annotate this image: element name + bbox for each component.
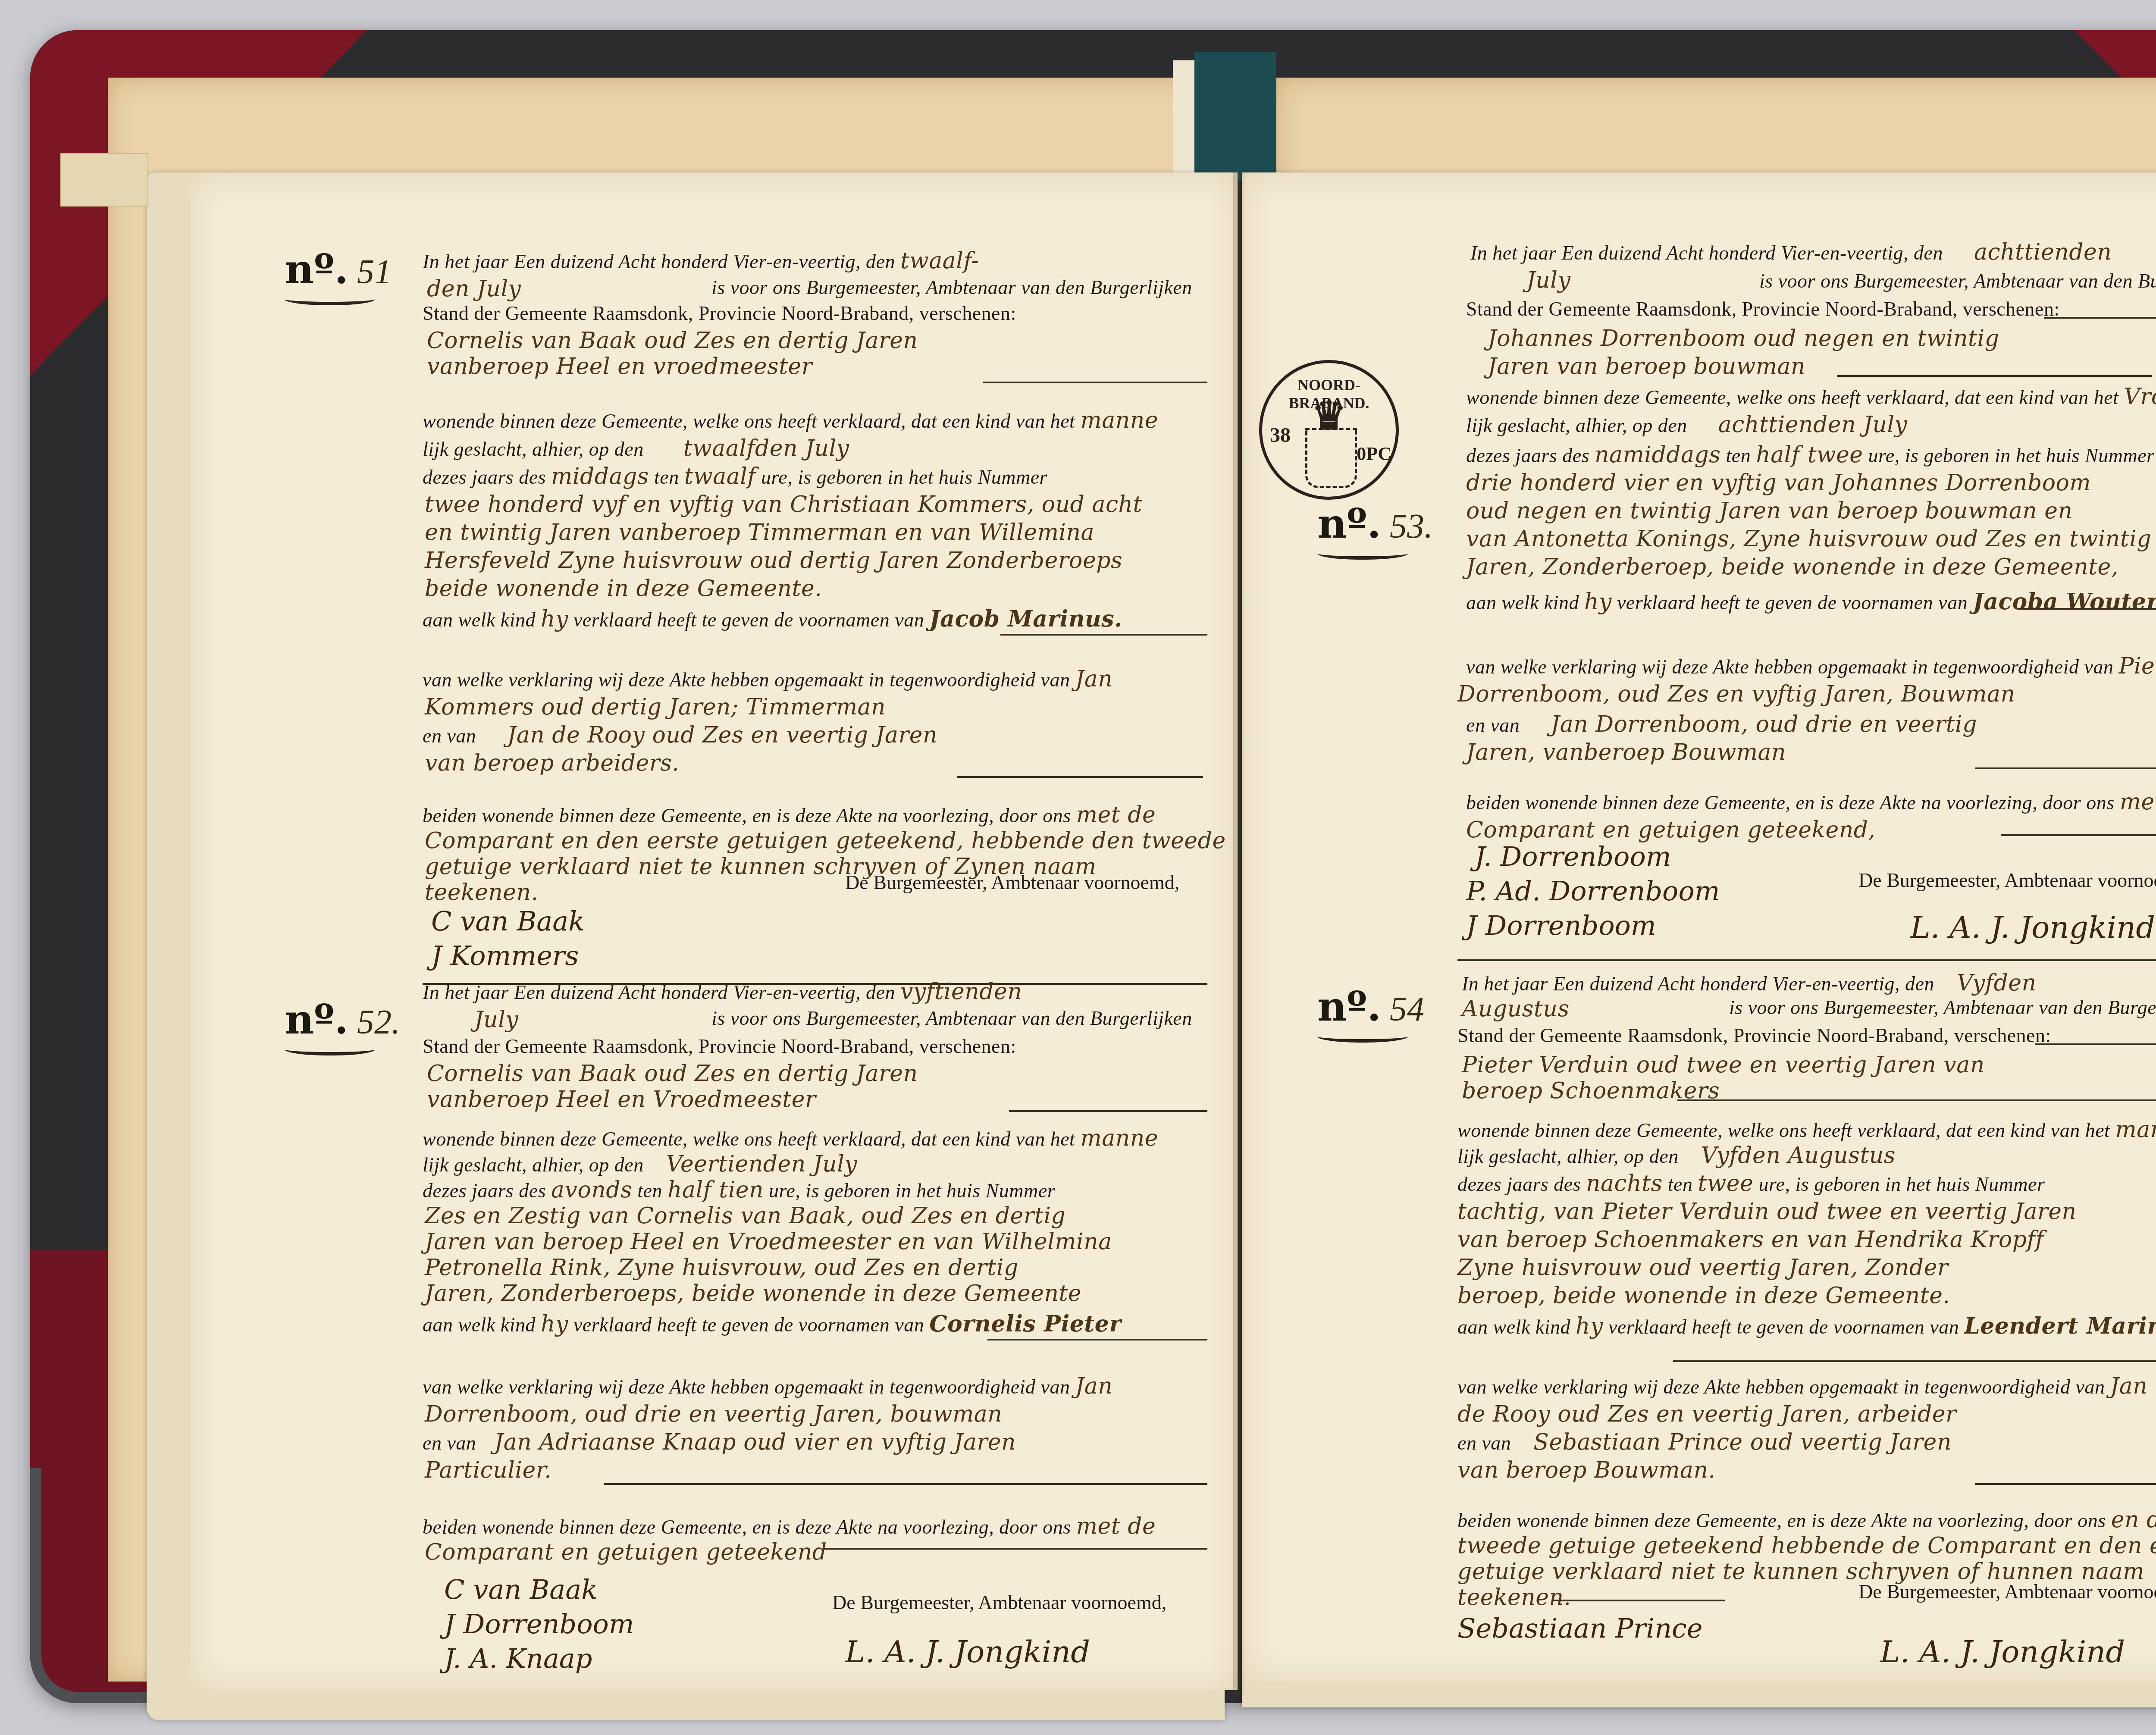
entry-number: nº.52. [285,996,400,1043]
printed-text: In het jaar Een duizend Acht honderd Vie… [1462,973,1934,995]
printed-text: aan welk kind [423,1314,536,1336]
printed-text: wonende binnen deze Gemeente, welke ons … [423,1128,1075,1150]
printed-text: en van [1457,1432,1511,1454]
printed-text: van welke verklaring wij deze Akte hebbe… [1457,1376,2105,1398]
printed-text: verklaard heeft te geven de voornamen [1617,592,1933,614]
printed-text: van welke verklaring wij deze Akte hebbe… [423,669,1070,691]
closing-hand: met de [1076,802,1156,828]
handwritten-gender: manne- [2115,1117,2156,1143]
printed-text: is voor ons Burgemeester, Ambtenaar van … [711,276,1192,298]
parents-line: Petronella Rink, Zyne huisvrouw, oud Zes… [425,1255,1018,1281]
printed-text: aan welk kind [423,609,536,631]
printed-text: Stand der Gemeente Raamsdonk, Provincie … [1466,298,2060,320]
closing-line: Comparant en getuigen geteekend [425,1539,827,1565]
printed-text: ten [637,1180,662,1202]
printed-text: Stand der Gemeente Raamsdonk, Provincie … [423,302,1016,324]
handwritten-gender: manne [1080,1125,1158,1151]
printed-text: is voor ons Burgemeester, Ambtenaar van … [711,1007,1192,1029]
parents-line: Jaren, Zonderberoep, beide wonende in de… [1466,554,2118,580]
handwritten-time: nachts [1586,1171,1663,1196]
printed-text: lijk geslacht, alhier, op den [1466,414,1687,436]
given-names: Jacob Marinus. [929,606,1122,632]
witness2-details: van beroep arbeiders. [425,750,679,776]
printed-text: dezes jaars des [423,466,546,488]
signature: C van Baak [431,905,585,937]
closing-line: tweede getuige geteekend hebbende de Com… [1457,1533,2156,1559]
witness2-name: Sebastiaan Prince oud veertig Jaren [1533,1429,1952,1455]
signature: J. A. Knaap [444,1643,592,1674]
flourish-ornament [1317,548,1408,560]
witness1-details: Dorrenboom, oud Zes en vyftig Jaren, Bou… [1457,681,2015,707]
handwritten-day: twaalf- [900,248,979,274]
declarant-line: Cornelis van Baak oud Zes en dertig Jare… [427,328,918,354]
printed-text: verklaard heeft te geven de voornamen [573,609,890,631]
closing-line: Comparant en den eerste getuigen geteeke… [425,828,1226,854]
stamp-right-text: 0PC [1357,443,1391,465]
declarant-line: Cornelis van Baak oud Zes en dertig Jare… [427,1061,918,1087]
printed-text: ure, is geboren in het huis Nummer [1758,1173,2045,1195]
mayor-signature: L. A. J. Jongkind [1910,910,2155,945]
printed-text: ure, is geboren in het huis Nummer [761,466,1047,488]
declarant-line: vanberoep Heel en vroedmeester [427,354,812,379]
given-names: Leendert Marinus [1964,1313,2156,1339]
mayor-label: De Burgemeester, Ambtenaar voornoemd, [1858,1580,2156,1603]
printed-text: verklaard heeft te geven de voornamen [573,1314,890,1336]
rule [2001,834,2156,836]
handwritten-day: Vyfden [1957,970,2037,996]
rule [2018,608,2156,610]
rule [1552,1600,1725,1601]
declarant-line: Pieter Verduin oud twee en veertig Jaren… [1462,1052,1985,1078]
printed-text: ten [1726,445,1751,467]
handwritten-birthdate: achttienden July [1718,412,1908,438]
spine-cloth [1194,52,1276,181]
printed-text: beiden wonende binnen deze Gemeente, en … [1457,1510,2106,1531]
printed-text: dezes jaars des [1466,445,1589,467]
handwritten-gender: manne [1080,407,1158,433]
witness2-name: Jan Adriaanse Knaap oud vier en vyftig J… [494,1429,1016,1455]
handwritten-hour: twee [1698,1171,1753,1196]
parents-line: tachtig, van Pieter Verduin oud twee en … [1457,1199,2077,1225]
rule [987,1339,1207,1340]
mayor-signature: L. A. J. Jongkind [845,1634,1090,1669]
signature: J Dorrenboom [1466,910,1656,941]
closing-line: teekenen. [1457,1585,1571,1610]
handwritten-pronoun: hy [541,1311,568,1337]
printed-text: van [895,1314,924,1336]
printed-text: lijk geslacht, alhier, op den [1457,1145,1679,1167]
printed-text: en van [1466,714,1520,736]
rule [824,1548,1207,1550]
handwritten-month: Augustus [1462,996,1570,1022]
handwritten-pronoun: hy [1584,589,1612,615]
witness1-name: Jan [2110,1373,2147,1399]
witness1-details: Kommers oud dertig Jaren; Timmerman [425,694,886,720]
printed-text: van welke verklaring wij deze Akte hebbe… [1466,656,2113,678]
rule [1837,375,2152,377]
signature: P. Ad. Dorrenboom [1466,875,1720,907]
printed-text: lijk geslacht, alhier, op den [423,438,644,460]
handwritten-time: namiddags [1595,442,1720,468]
signature: C van Baak [444,1574,598,1605]
closing-hand: met de [2120,789,2156,815]
handwritten-month: July [474,1007,518,1033]
rule [1673,1360,2156,1362]
witness2-name: Jan de Rooy oud Zes en veertig Jaren [507,722,937,748]
given-names: Cornelis Pieter [929,1311,1121,1337]
printed-text: aan welk kind [1457,1316,1570,1338]
handwritten-day: vyftienden [900,979,1022,1005]
printed-text: beiden wonende binnen deze Gemeente, en … [423,1516,1071,1538]
printed-text: ure, is geboren in het huis Nummer [769,1180,1055,1202]
rule [604,1483,1207,1485]
mayor-label: De Burgemeester, Ambtenaar voornoemd, [832,1591,1166,1614]
witness1-name: Jan [1075,666,1112,692]
lion-shield-icon [1305,428,1357,488]
mayor-signature: L. A. J. Jongkind [1880,1634,2125,1669]
printed-text: van welke verklaring wij deze Akte hebbe… [423,1376,1070,1398]
book-gutter [1233,172,1246,1694]
printed-text: beiden wonende binnen deze Gemeente, en … [1466,792,2115,814]
stamp-left-text: 38 [1270,423,1291,447]
entry-number: nº.51 [285,246,392,293]
parents-line: Zyne huisvrouw oud veertig Jaren, Zonder [1457,1255,1948,1281]
flourish-ornament [285,293,375,305]
handwritten-month: den July [427,276,521,302]
parents-line: drie honderd vier en vyftig van Johannes… [1466,470,2091,496]
parents-line: van beroep Schoenmakers en van Hendrika … [1457,1227,2044,1253]
section-divider [1457,959,2156,961]
witness1-details: de Rooy oud Zes en veertig Jaren, arbeid… [1457,1401,1956,1427]
tax-stamp: NOORD-BRABAND. ♛ 38 0PC [1259,360,1399,500]
entry-number: nº.54 [1317,983,1424,1030]
parents-line: Jaren van beroep Heel en Vroedmeester en… [425,1229,1112,1255]
printed-text: ure, is geboren in het huis Nummer [1868,445,2155,467]
printed-text: verklaard heeft te geven de voornamen [1608,1316,1924,1338]
rule [983,382,1207,383]
closing-line: Comparant en getuigen geteekend, [1466,817,1876,843]
printed-text: In het jaar Een duizend Acht honderd Vie… [423,981,895,1003]
printed-text: van [1930,1316,1959,1338]
printed-text: is voor ons Burgemeester, Ambtenaar van … [1729,996,2156,1018]
parents-line: Zes en Zestig van Cornelis van Baak, oud… [425,1203,1065,1229]
witness2-details: Particulier. [425,1457,552,1483]
closing-hand: met de [1076,1513,1156,1539]
rule [2035,1043,2156,1045]
signature: Sebastiaan Prince [1457,1613,1702,1644]
printed-text: ten [1668,1173,1693,1195]
mayor-label: De Burgemeester, Ambtenaar voornoemd, [1858,869,2156,892]
witness2-details: van beroep Bouwman. [1457,1457,1716,1483]
printed-text: dezes jaars des [423,1180,546,1202]
handwritten-hour: half twee [1756,442,1863,468]
rule [1000,634,1207,636]
rule [957,776,1203,778]
printed-text: en van [423,725,476,747]
parents-line: beroep, beide wonende in deze Gemeente. [1457,1283,1950,1309]
printed-text: dezes jaars des [1457,1173,1581,1195]
printed-text: lijk geslacht, alhier, op den [423,1154,644,1176]
closing-hand: en den [2111,1507,2156,1533]
witness1-details: Dorrenboom, oud drie en veertig Jaren, b… [425,1401,1002,1427]
printed-text: wonende binnen deze Gemeente, welke ons … [1466,386,2118,408]
printed-text: is voor ons Burgemeester, Ambtenaar van … [1759,270,2156,292]
flourish-ornament [1317,1030,1408,1043]
parents-line: oud negen en twintig Jaren van beroep bo… [1466,498,2073,524]
handwritten-hour: half tien [667,1177,764,1203]
printed-text: In het jaar Een duizend Acht honderd Vie… [1470,242,1943,264]
rule [1975,1483,2156,1485]
parents-line: twee honderd vyf en vyftig van Christiaa… [425,492,1142,517]
printed-text: Stand der Gemeente Raamsdonk, Provincie … [1457,1024,2051,1046]
given-names: Jacoba Wouterke. [1973,589,2156,615]
rule [1009,1110,1207,1112]
printed-text: In het jaar Een duizend Acht honderd Vie… [423,251,895,272]
entry-number: nº.53. [1317,500,1433,548]
signature: J Dorrenboom [444,1608,634,1640]
parents-line: van Antonetta Konings, Zyne huisvrouw ou… [1466,526,2151,552]
witness1-name: Pieter [2118,653,2156,679]
handwritten-hour: twaalf [684,464,756,489]
signature: J. Dorrenboom [1475,841,1671,872]
handwritten-birthdate: twaalfden July [683,435,849,461]
printed-text: en van [423,1432,476,1454]
parents-line: beide wonende in deze Gemeente. [425,576,822,601]
parents-line: en twintig Jaren vanberoep Timmerman en … [425,520,1094,545]
declarant-line: vanberoep Heel en Vroedmeester [427,1087,816,1112]
declarant-line: Johannes Dorrenboom oud negen en twintig [1488,326,1999,351]
printed-text: Stand der Gemeente Raamsdonk, Provincie … [423,1035,1016,1057]
printed-text: wonende binnen deze Gemeente, welke ons … [423,410,1075,432]
handwritten-birthdate: Veertienden July [666,1151,857,1177]
handwritten-gender: Vrouwe- [2124,384,2156,410]
witness2-details: Jaren, vanberoep Bouwman [1466,739,1786,765]
parents-line: Jaren, Zonderberoeps, beide wonende in d… [425,1281,1081,1306]
printed-text: van [1938,592,1968,614]
witness1-name: Jan [1075,1373,1112,1399]
closing-line: teekenen. [425,880,539,905]
printed-text: aan welk kind [1466,592,1579,614]
handwritten-month: July [1526,267,1570,293]
printed-text: wonende binnen deze Gemeente, welke ons … [1457,1119,2110,1141]
mayor-label: De Burgemeester, Ambtenaar voornoemd, [845,871,1179,894]
rule [2044,317,2156,319]
left-page[interactable] [190,172,1238,1690]
printed-text: beiden wonende binnen deze Gemeente, en … [423,805,1071,827]
handwritten-pronoun: hy [541,606,568,632]
printed-text: van [895,609,924,631]
printed-text: ten [654,466,679,488]
handwritten-day: achttienden [1974,239,2112,265]
handwritten-time: avonds [551,1177,632,1203]
handwritten-birthdate: Vyfden Augustus [1701,1143,1896,1168]
flourish-ornament [285,1043,375,1055]
declarant-line: Jaren van beroep bouwman [1488,354,1805,379]
handwritten-pronoun: hy [1576,1313,1603,1339]
signature: J Kommers [431,940,579,971]
rule [1677,1099,2156,1101]
witness2-name: Jan Dorrenboom, oud drie en veertig [1551,711,1977,737]
handwritten-time: middags [551,464,649,489]
paper-tab[interactable] [60,153,148,207]
parents-line: Hersfeveld Zyne huisvrouw oud dertig Jar… [425,548,1122,573]
rule [1975,767,2156,769]
